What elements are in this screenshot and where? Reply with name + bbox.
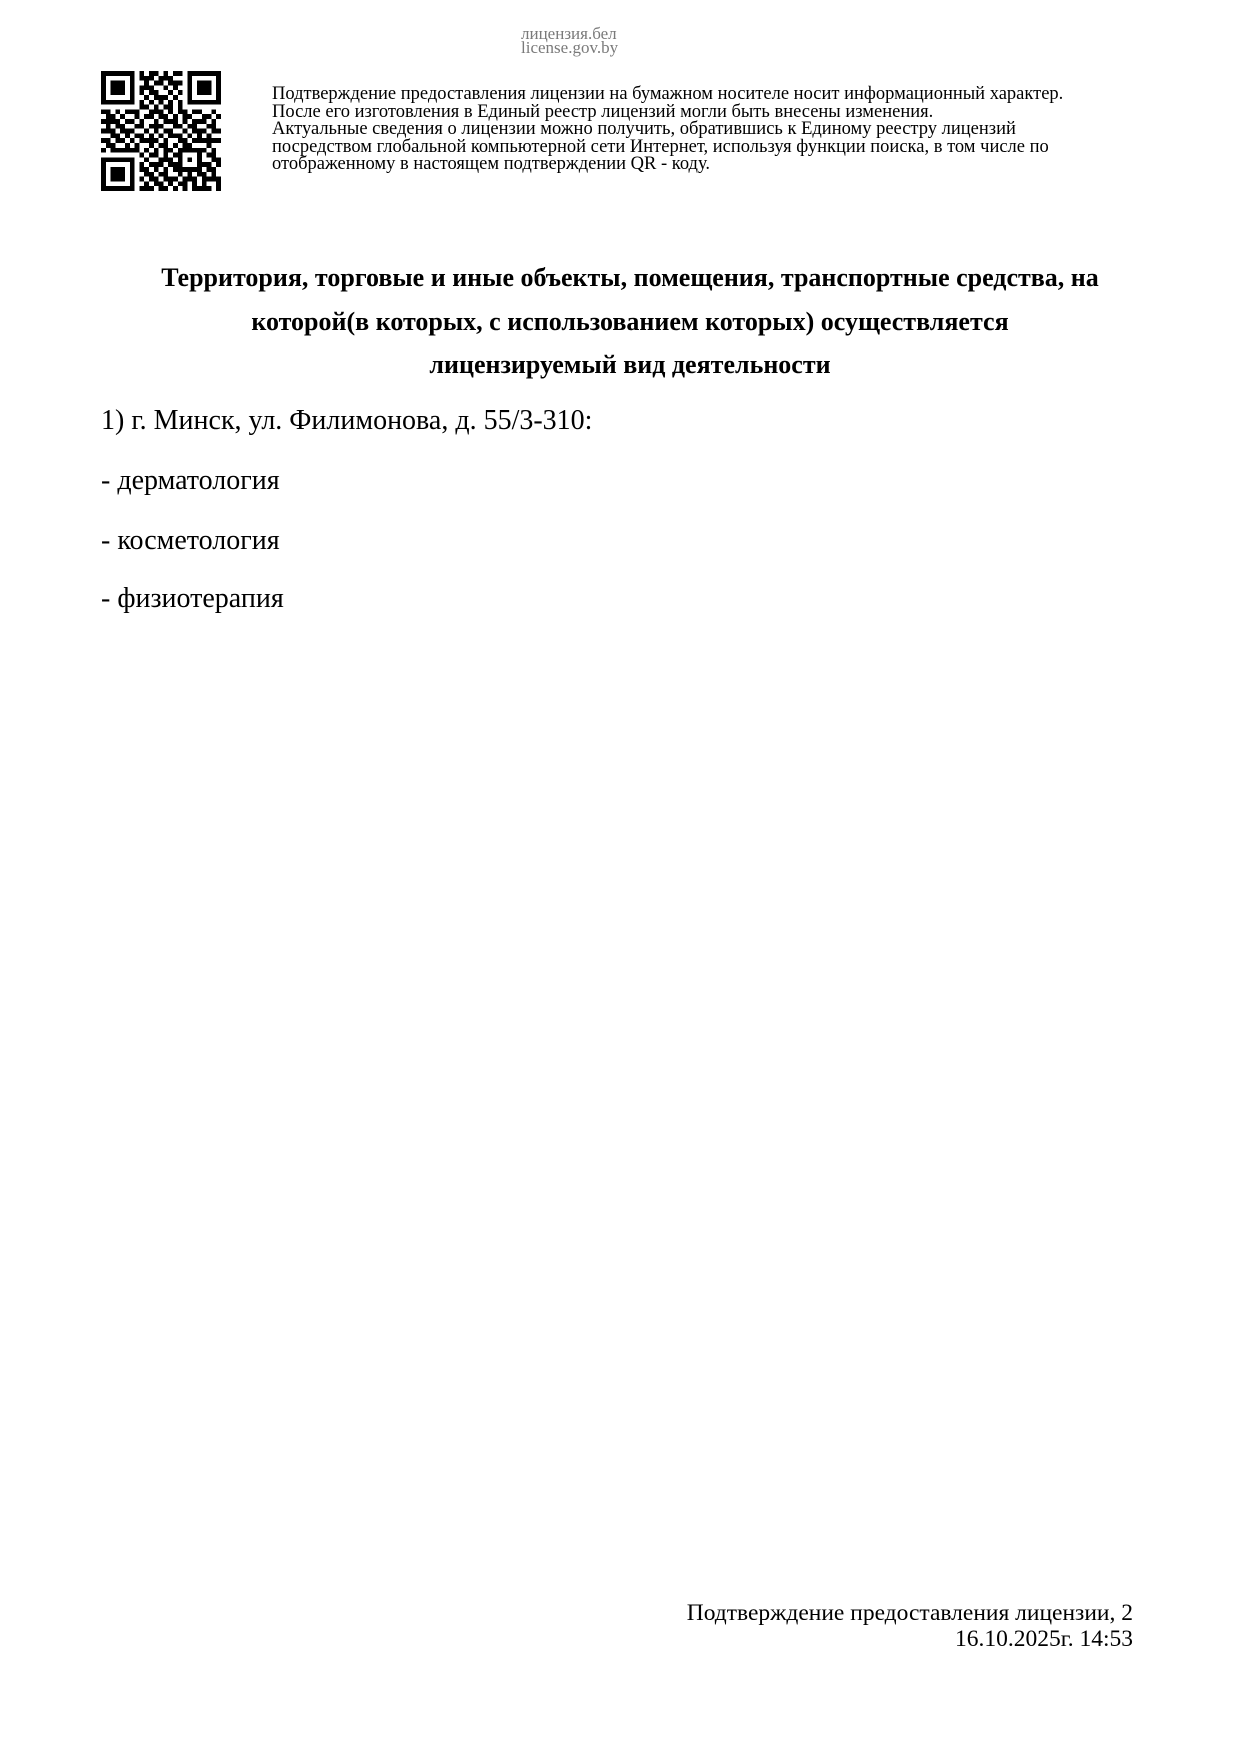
activity-item: - физиотерапия — [101, 584, 284, 614]
footer-timestamp: 16.10.2025г. 14:53 — [687, 1626, 1133, 1652]
address-line: 1) г. Минск, ул. Филимонова, д. 55/3-310… — [101, 406, 592, 436]
page-footer: Подтверждение предоставления лицензии, 2… — [687, 1600, 1133, 1652]
activity-item: - косметология — [101, 526, 280, 556]
section-title-line: лицензируемый вид деятельности — [90, 343, 1170, 387]
qr-code-icon — [101, 71, 221, 191]
section-title: Территория, торговые и иные объекты, пом… — [90, 256, 1170, 387]
notice-line: Подтверждение предоставления лицензии на… — [272, 86, 1063, 104]
qr-code-graphic — [101, 71, 221, 191]
info-notice: Подтверждение предоставления лицензии на… — [272, 86, 1063, 174]
footer-doc-label: Подтверждение предоставления лицензии, 2 — [687, 1600, 1133, 1626]
site-url-block: лицензия.бел license.gov.by — [521, 27, 618, 55]
site-url-latin: license.gov.by — [521, 41, 618, 55]
notice-line: отображенному в настоящем подтверждении … — [272, 156, 1063, 174]
section-title-line: Территория, торговые и иные объекты, пом… — [90, 256, 1170, 300]
section-title-line: которой(в которых, с использованием кото… — [90, 300, 1170, 344]
activity-item: - дерматология — [101, 466, 280, 496]
